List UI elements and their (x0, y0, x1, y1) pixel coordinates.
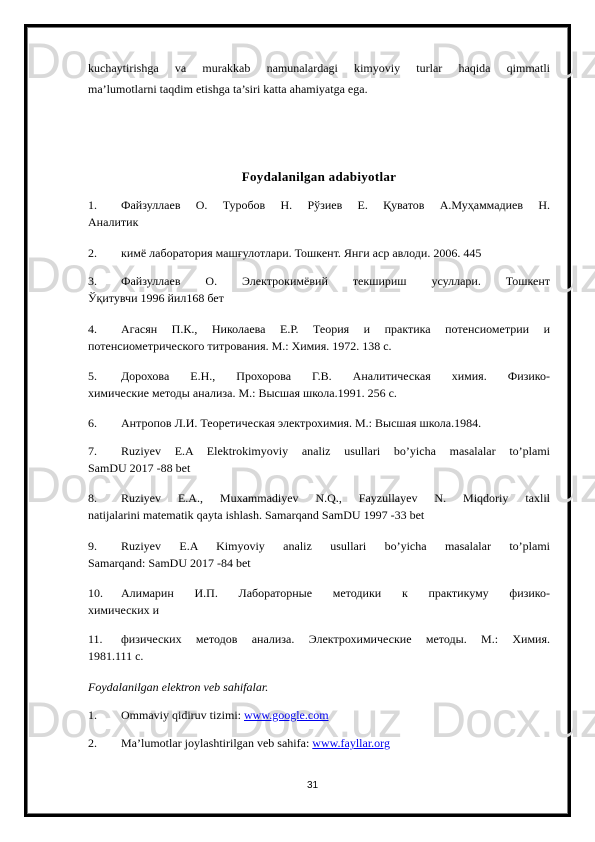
web-source-label: Ma’lumotlar joylashtirilgan veb sahifa: (121, 736, 312, 750)
page-content: kuchaytirishga va murakkab namunalardagi… (88, 0, 550, 842)
reference-text: Ruziyev E.A Elektrokimyoviy analiz usull… (121, 444, 550, 458)
intro-paragraph-line-2: ma’lumotlarni taqdim etishga ta’siri kat… (88, 82, 550, 96)
web-source-label: Ommaviy qidiruv tizimi: (121, 708, 244, 722)
reference-text-continued: Samarqand: SamDU 2017 -84 bet (88, 556, 251, 570)
reference-number: 7. (88, 444, 97, 458)
reference-number: 9. (88, 539, 97, 553)
reference-number: 5. (88, 369, 97, 383)
web-source-number: 1. (88, 708, 97, 722)
reference-number: 3. (88, 274, 97, 288)
reference-text: Агасян П.К., Николаева Е.Р. Теория и пра… (121, 322, 550, 336)
reference-number: 2. (88, 246, 97, 260)
reference-text-continued: Ўқитувчи 1996 йил168 бет (88, 291, 224, 305)
reference-text-continued: химических и (88, 603, 159, 617)
reference-text: Ruziyev E.A., Muxammadiyev N.Q., Fayzull… (121, 491, 550, 505)
reference-number: 8. (88, 491, 97, 505)
reference-text: Файзуллаев О. Электрокимёвий текшириш ус… (121, 274, 550, 288)
reference-number: 10. (88, 586, 103, 600)
reference-text-continued: SamDU 2017 -88 bet (88, 461, 190, 475)
reference-text: Алимарин И.П. Лабораторные методики к пр… (121, 586, 550, 600)
reference-text: физических методов анализа. Электрохимич… (121, 632, 550, 646)
reference-number: 4. (88, 322, 97, 336)
reference-number: 11. (88, 632, 103, 646)
references-heading: Foydalanilgan adabiyotlar (88, 169, 550, 185)
reference-number: 1. (88, 198, 97, 212)
reference-text: кимё лаборатория машғулотлари. Тошкент. … (121, 246, 481, 260)
reference-text: Файзуллаев О. Туробов Н. Рўзиев Е. Қуват… (121, 198, 550, 212)
reference-text-continued: natijalarini matematik qayta ishlash. Sa… (88, 508, 424, 522)
reference-text-continued: химические методы анализа. М.: Высшая шк… (88, 386, 397, 400)
reference-text: Антропов Л.И. Теоретическая электрохимия… (121, 416, 481, 430)
fayllar-link[interactable]: www.fayllar.org (312, 736, 390, 750)
reference-text-continued: потенсиометрического титрования. М.: Хим… (88, 339, 392, 353)
intro-paragraph-line-1: kuchaytirishga va murakkab namunalardagi… (88, 61, 550, 75)
reference-text-continued: 1981.111 с. (88, 649, 143, 663)
web-source-number: 2. (88, 736, 97, 750)
google-link[interactable]: www.google.com (244, 708, 329, 722)
web-sources-heading: Foydalanilgan elektron veb sahifalar. (88, 680, 550, 694)
reference-text: Дорохова Е.Н., Прохорова Г.В. Аналитичес… (121, 369, 550, 383)
reference-text: Ruziyev E.A Kimyoviy analiz usullari bo’… (121, 539, 550, 553)
reference-text-continued: Аналитик (88, 215, 138, 229)
reference-number: 6. (88, 416, 97, 430)
